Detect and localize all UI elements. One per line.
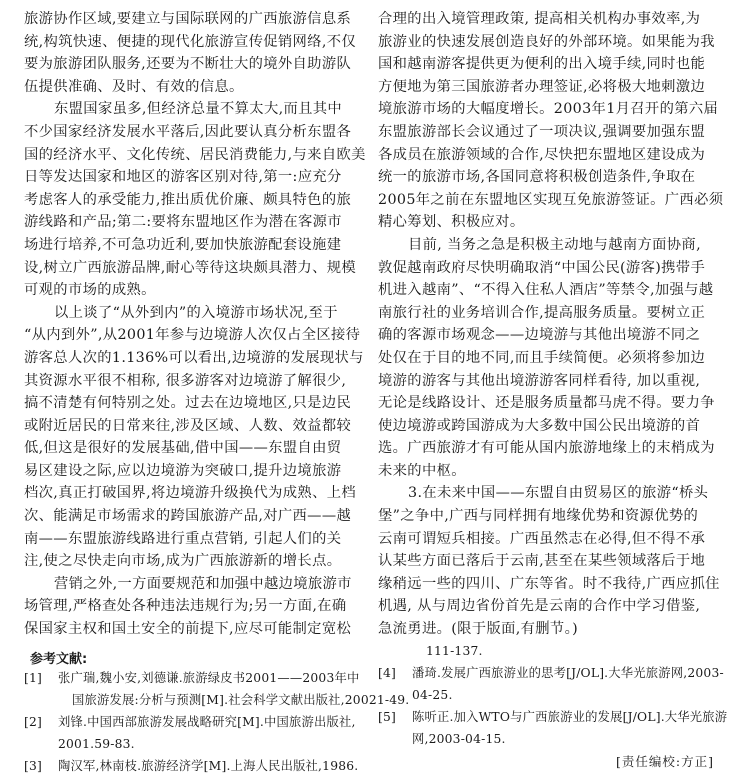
reference-number: [5] — [378, 706, 412, 728]
text-line: 搞不清楚有何特别之处。过去在边境地区,只是边民 — [24, 392, 356, 415]
text-line: 东盟国家虽多,但经济总量不算太大,而且其中 — [24, 98, 356, 121]
text-line: 选。广西旅游才有可能从国内旅游地缘上的末梢成为 — [378, 437, 710, 460]
text-line: 机遇, 从与周边省份首先是云南的合作中学习借鉴, — [378, 595, 710, 618]
text-line: 堡”之争中,广西与同样拥有地缘优势和资源优势的 — [378, 505, 710, 528]
reference-number: [2] — [24, 711, 58, 733]
text-line: 国的经济水平、文化传统、居民消费能力,与来自欧美 — [24, 144, 356, 167]
text-line: 游线路和产品;第二:要将东盟地区作为潜在客源市 — [24, 211, 356, 234]
text-line: 旅游协作区域,要建立与国际联网的广西旅游信息系 — [24, 8, 356, 31]
reference-text-continued: 国旅游发展:分析与预测[M].社会科学文献出版社,20021-49. — [24, 689, 364, 711]
text-line: 3.在未来中国——东盟自由贸易区的旅游“桥头 — [378, 482, 710, 505]
text-line: 统,构筑快速、便捷的现代化旅游宣传促销网络,不仅 — [24, 31, 356, 54]
text-line: 考虑客人的承受能力,推出质优价廉、颇具特色的旅 — [24, 189, 356, 212]
reference-text: 刘锋.中国西部旅游发展战略研究[M].中国旅游出版社, — [58, 715, 356, 729]
text-line: 国和越南游客提供更为便利的出入境手续,同时也能 — [378, 53, 710, 76]
reference-text-continued: 04-25. — [378, 684, 718, 706]
text-line: 缘稍远一些的四川、广东等省。时不我待,广西应抓住 — [378, 573, 710, 596]
left-column-body: 旅游协作区域,要建立与国际联网的广西旅游信息系统,构筑快速、便捷的现代化旅游宣传… — [24, 8, 356, 641]
text-line: 合理的出入境管理政策, 提高相关机构办事效率,为 — [378, 8, 710, 31]
text-line: 方便地为第三国旅游者办理签证,必将极大地刺激边 — [378, 76, 710, 99]
text-line: 档次,真正打破国界,将边境游升级换代为成熟、上档 — [24, 482, 356, 505]
text-line: 敦促越南政府尽快明确取消“中国公民(游客)携带手 — [378, 257, 710, 280]
right-column-body: 合理的出入境管理政策, 提高相关机构办事效率,为旅游业的快速发展创造良好的外部环… — [378, 8, 710, 641]
text-line: 游客总人次的1.136%可以看出,边境游的发展现状与 — [24, 347, 356, 370]
text-line: 保国家主权和国土安全的前提下,应尽可能制定宽松 — [24, 618, 356, 641]
text-line: 南旅行社的业务培训合作,提高服务质量。要树立正 — [378, 302, 710, 325]
reference-text: 陈听正.加入WTO与广西旅游业的发展[J/OL].大华光旅游 — [412, 710, 727, 724]
reference-number: [3] — [24, 755, 58, 777]
references-list-right: 111-137. [4]潘琦.发展广西旅游业的思考[J/OL].大华光旅游网,2… — [378, 640, 718, 750]
text-line: 注,使之尽快走向市场,成为广西旅游新的增长点。 — [24, 550, 356, 573]
text-line: 确的客源市场观念——边境游与其他出境游不同之 — [378, 324, 710, 347]
reference-text: 陶汉军,林南枝.旅游经济学[M].上海人民出版社,1986. — [58, 759, 358, 773]
text-line: 伍提供准确、及时、有效的信息。 — [24, 76, 356, 99]
text-line: 易区建设之际,应以边境游为突破口,提升边境旅游 — [24, 460, 356, 483]
text-line: 急流勇进。(限于版面,有删节。) — [378, 618, 710, 641]
reference-item: [5]陈听正.加入WTO与广西旅游业的发展[J/OL].大华光旅游 网,2003… — [378, 706, 718, 750]
reference-item: [4]潘琦.发展广西旅游业的思考[J/OL].大华光旅游网,2003- 04-2… — [378, 662, 718, 706]
text-line: 设,树立广西旅游品牌,耐心等待这块颇具潜力、规模 — [24, 257, 356, 280]
reference-text: 张广瑞,魏小安,刘德谦.旅游绿皮书2001——2003年中 — [58, 671, 359, 685]
reference-text-continued: 网,2003-04-15. — [378, 728, 718, 750]
text-line: 或附近居民的日常来往,涉及区域、人数、效益都较 — [24, 415, 356, 438]
text-line: 处仅在于目的地不同,而且手续简便。必须将参加边 — [378, 347, 710, 370]
text-line: 无论是线路设计、还是服务质量都马虎不得。要力争 — [378, 392, 710, 415]
text-line: 未来的中枢。 — [378, 460, 710, 483]
references-title: 参考文献: — [30, 648, 87, 667]
text-line: 场进行培养,不可急功近利,要加快旅游配套设施建 — [24, 234, 356, 257]
text-line: 云南可谓短兵相接。广西虽然志在必得,但不得不承 — [378, 528, 710, 551]
text-line: 东盟旅游部长会议通过了一项决议,强调要加强东盟 — [378, 121, 710, 144]
text-line: 不少国家经济发展水平落后,因此要认真分析东盟各 — [24, 121, 356, 144]
reference-item: [3]陶汉军,林南枝.旅游经济学[M].上海人民出版社,1986. — [24, 755, 364, 777]
reference-text: 潘琦.发展广西旅游业的思考[J/OL].大华光旅游网,2003- — [412, 666, 724, 680]
text-line: 南——东盟旅游线路进行重点营销, 引起人们的关 — [24, 528, 356, 551]
text-line: 低,但这是很好的发展基础,借中国——东盟自由贸 — [24, 437, 356, 460]
text-line: 2005年之前在东盟地区实现互免旅游签证。广西必须 — [378, 189, 710, 212]
text-line: 可观的市场的成熟。 — [24, 279, 356, 302]
text-line: “从内到外”,从2001年参与边境游人次仅占全区接待 — [24, 324, 356, 347]
text-line: 场管理,严格查处各种违法违规行为;另一方面,在确 — [24, 595, 356, 618]
text-line: 以上谈了“从外到内”的入境游市场状况,至于 — [24, 302, 356, 325]
text-line: 目前, 当务之急是积极主动地与越南方面协商, — [378, 234, 710, 257]
reference-item: [2]刘锋.中国西部旅游发展战略研究[M].中国旅游出版社, 2001.59-8… — [24, 711, 364, 755]
reference-text-continued: 2001.59-83. — [24, 733, 364, 755]
text-line: 各成员在旅游领域的合作,尽快把东盟地区建设成为 — [378, 144, 710, 167]
text-line: 认某些方面已落后于云南,甚至在某些领域落后于地 — [378, 550, 710, 573]
text-line: 统一的旅游市场,各国同意将积极创造条件,争取在 — [378, 166, 710, 189]
reference-3-continued: 111-137. — [378, 640, 718, 662]
text-line: 日等发达国家和地区的游客区别对待,第一:应充分 — [24, 166, 356, 189]
text-line: 其资源水平很不相称, 很多游客对边境游了解很少, — [24, 370, 356, 393]
text-line: 要为旅游团队服务,还要为不断壮大的境外自助游队 — [24, 53, 356, 76]
editor-note: [责任编校:方正] — [616, 752, 714, 770]
text-line: 次、能满足市场需求的跨国旅游产品,对广西——越 — [24, 505, 356, 528]
reference-item: [1]张广瑞,魏小安,刘德谦.旅游绿皮书2001——2003年中 国旅游发展:分… — [24, 667, 364, 711]
text-line: 境游的游客与其他出境游游客同样看待, 加以重视, — [378, 370, 710, 393]
text-line: 营销之外,一方面要规范和加强中越边境旅游市 — [24, 573, 356, 596]
text-line: 机进入越南”、“不得入住私人酒店”等禁令,加强与越 — [378, 279, 710, 302]
text-line: 旅游业的快速发展创造良好的外部环境。如果能为我 — [378, 31, 710, 54]
reference-number: [4] — [378, 662, 412, 684]
text-line: 精心筹划、积极应对。 — [378, 211, 710, 234]
text-line: 境旅游市场的大幅度增长。2003年1月召开的第六届 — [378, 98, 710, 121]
references-list-left: [1]张广瑞,魏小安,刘德谦.旅游绿皮书2001——2003年中 国旅游发展:分… — [24, 667, 364, 777]
reference-number: [1] — [24, 667, 58, 689]
text-line: 使边境游或跨国游成为大多数中国公民出境游的首 — [378, 415, 710, 438]
